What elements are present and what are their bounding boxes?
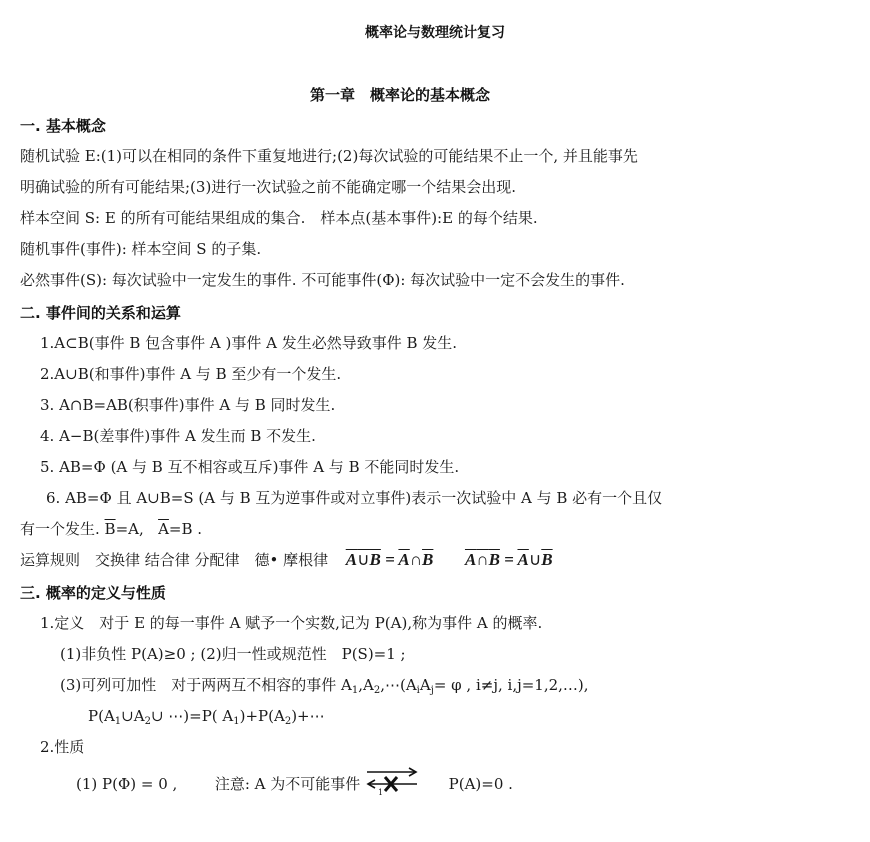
chapter-title: 第一章 概率论的基本概念 [0, 84, 800, 105]
rules-label: 运算规则 交换律 结合律 分配律 德• 摩根律 [20, 551, 328, 569]
operation-rules-line: 运算规则 交换律 结合律 分配律 德• 摩根律 A∪B = A∩B A∩B = … [20, 550, 553, 570]
text-line: 随机试验 E:(1)可以在相同的条件下重复地进行;(2)每次试验的可能结果不止一… [20, 146, 638, 166]
not-implies-arrow-icon: 1 [365, 770, 421, 800]
relation-item: 4. A−B(差事件)事件 A 发生而 B 不发生. [40, 426, 316, 446]
definition-line: 1.定义 对于 E 的每一事件 A 赋予一个实数,记为 P(A),称为事件 A … [40, 613, 542, 633]
b-complement: B [105, 520, 116, 538]
relation-item: 2.A∪B(和事件)事件 A 与 B 至少有一个发生. [40, 364, 341, 384]
relation-item: 6. AB=Φ 且 A∪B=S (A 与 B 互为逆事件或对立事件)表示一次试验… [46, 488, 662, 508]
property-1-conclusion: P(A)=0 . [449, 775, 513, 793]
text-line: 明确试验的所有可能结果;(3)进行一次试验之前不能确定哪一个结果会出现. [20, 177, 516, 197]
axiom-line-countable-additivity: (3)可列可加性 对于两两互不相容的事件 A1,A2,⋯(AiAj= φ , i… [60, 675, 589, 701]
text-line: 随机事件(事件): 样本空间 S 的子集. [20, 239, 261, 259]
section-heading-event-relations: 二. 事件间的关系和运算 [20, 302, 181, 323]
section-heading-probability-definition: 三. 概率的定义与性质 [20, 582, 166, 603]
document-title: 概率论与数理统计复习 [0, 22, 870, 42]
section-heading-basic-concepts: 一. 基本概念 [20, 115, 106, 136]
property-1-formula: (1) P(Φ) = 0 , [76, 775, 177, 793]
text-fragment: 有一个发生. [20, 520, 105, 538]
relation-item: 1.A⊂B(事件 B 包含事件 A )事件 A 发生必然导致事件 B 发生. [40, 333, 457, 353]
a-complement: A [158, 520, 169, 538]
axiom-line: (1)非负性 P(A)≥0 ; (2)归一性或规范性 P(S)=1 ; [60, 644, 406, 664]
properties-label: 2.性质 [40, 737, 84, 757]
property-line-1: (1) P(Φ) = 0 , 注意: A 为不可能事件 1 P(A)=0 . [76, 770, 513, 800]
relation-item: 3. A∩B=AB(积事件)事件 A 与 B 同时发生. [40, 395, 335, 415]
additivity-formula: P(A1∪A2∪ ⋯)=P( A1)+P(A2)+⋯ [88, 706, 325, 732]
text-fragment: =A, [116, 520, 144, 538]
demorgan-formula-1: A∪B = A∩B [346, 550, 434, 569]
demorgan-formula-2: A∩B = A∪B [465, 550, 553, 569]
property-1-note: 注意: A 为不可能事件 [215, 775, 360, 793]
text-line: 样本空间 S: E 的所有可能结果组成的集合. 样本点(基本事件):E 的每个结… [20, 208, 538, 228]
complement-line: 有一个发生. B=A, A=B . [20, 519, 202, 539]
text-line: 必然事件(S): 每次试验中一定发生的事件. 不可能事件(Φ): 每次试验中一定… [20, 270, 625, 290]
relation-item: 5. AB=Φ (A 与 B 互不相容或互斥)事件 A 与 B 不能同时发生. [40, 457, 459, 477]
text-fragment: =B . [169, 520, 202, 538]
svg-text:1: 1 [378, 788, 383, 796]
